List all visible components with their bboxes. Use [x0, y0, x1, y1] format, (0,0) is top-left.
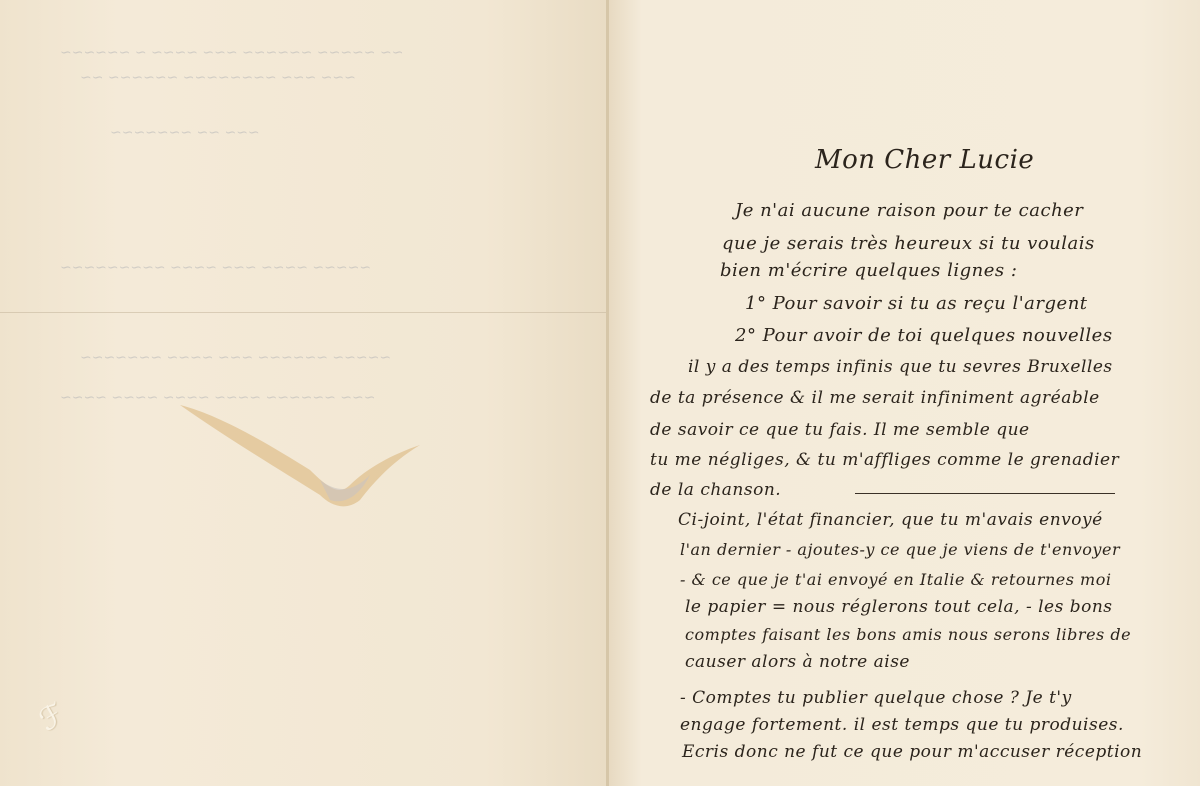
letter-line: le papier = nous réglerons tout cela, - … — [685, 597, 1113, 617]
letter-line: de la chanson. — [650, 480, 781, 500]
letter-line: 1° Pour savoir si tu as reçu l'argent — [745, 293, 1088, 314]
center-fold — [606, 0, 609, 786]
letter-line: causer alors à notre aise — [685, 652, 910, 672]
horizontal-fold — [0, 312, 606, 313]
letter-line: tu me négliges, & tu m'affliges comme le… — [650, 450, 1119, 470]
letter-line: Je n'ai aucune raison pour te cacher — [735, 200, 1083, 221]
bleed-through-text: ~~~~~ ~~~~~~ ~~~ ~~~~ ~~~~~~~ — [80, 350, 391, 366]
letter-line: il y a des temps infinis que tu sevres B… — [688, 357, 1113, 377]
letter-line: bien m'écrire quelques lignes : — [720, 260, 1017, 281]
letter-line: de ta présence & il me serait infiniment… — [650, 388, 1100, 408]
divider-rule — [855, 493, 1115, 494]
bleed-through-text: ~~~ ~~ ~~~~~~~ — [110, 125, 260, 141]
letter-line: l'an dernier - ajoutes-y ce que je viens… — [680, 540, 1120, 559]
bleed-through-text: ~~ ~~~~~ ~~~~~~ ~~~ ~~~~ ~ ~~~~~~ — [60, 45, 403, 61]
letter-line: que je serais très heureux si tu voulais — [722, 233, 1095, 254]
letter-line: Ecris donc ne fut ce que pour m'accuser … — [682, 742, 1142, 762]
salutation: Mon Cher Lucie — [815, 145, 1034, 175]
bleed-through-text: ~~~~~ ~~~~ ~~~ ~~~~ ~~~~~~~~~ — [60, 260, 371, 276]
letter-line: Ci-joint, l'état financier, que tu m'ava… — [678, 510, 1103, 530]
letter-line: 2° Pour avoir de toi quelques nouvelles — [735, 325, 1113, 346]
letter-line: - Comptes tu publier quelque chose ? Je … — [680, 688, 1072, 708]
letter-line: de savoir ce que tu fais. Il me semble q… — [650, 420, 1030, 440]
stain — [180, 400, 420, 510]
letter-line: - & ce que je t'ai envoyé en Italie & re… — [680, 570, 1111, 589]
letter-line: engage fortement. il est temps que tu pr… — [680, 715, 1124, 735]
letter-line: comptes faisant les bons amis nous seron… — [685, 625, 1131, 644]
bleed-through-text: ~~~ ~~~ ~~~~~~~~ ~~~~~~ ~~ — [80, 70, 356, 86]
